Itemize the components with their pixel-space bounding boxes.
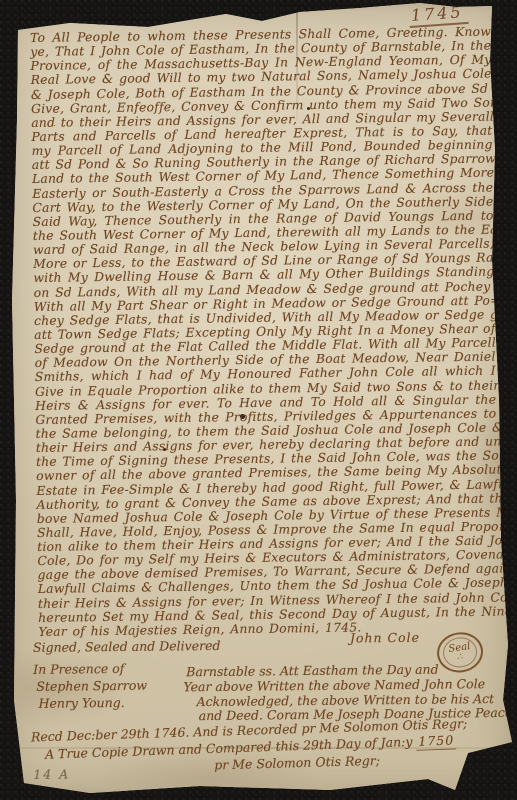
photo-background: 1745 To All People to whom these Present… bbox=[0, 0, 517, 800]
closing-block: Signed, Sealed and Delivered John Cole S… bbox=[0, 0, 517, 800]
presence-line: In Presence of bbox=[33, 661, 124, 677]
registrar-line: pr Me Solomon Otis Regr; bbox=[214, 753, 380, 773]
seal-inner-ring: Seal ∴ bbox=[441, 635, 479, 669]
seal-dots: ∴ bbox=[456, 652, 465, 662]
witness-name: Stephen Sparrow bbox=[36, 678, 147, 694]
page-mark: 14 A bbox=[33, 766, 70, 781]
seal-drawing: Seal ∴ bbox=[435, 630, 486, 676]
signed-sealed-line: Signed, Sealed and Delivered bbox=[33, 638, 221, 655]
copy-year: 1750 bbox=[416, 732, 456, 750]
witness-name: Henry Young. bbox=[38, 695, 124, 711]
john-cole-signature: John Cole bbox=[350, 630, 420, 646]
manuscript-page: 1745 To All People to whom these Present… bbox=[0, 0, 517, 800]
